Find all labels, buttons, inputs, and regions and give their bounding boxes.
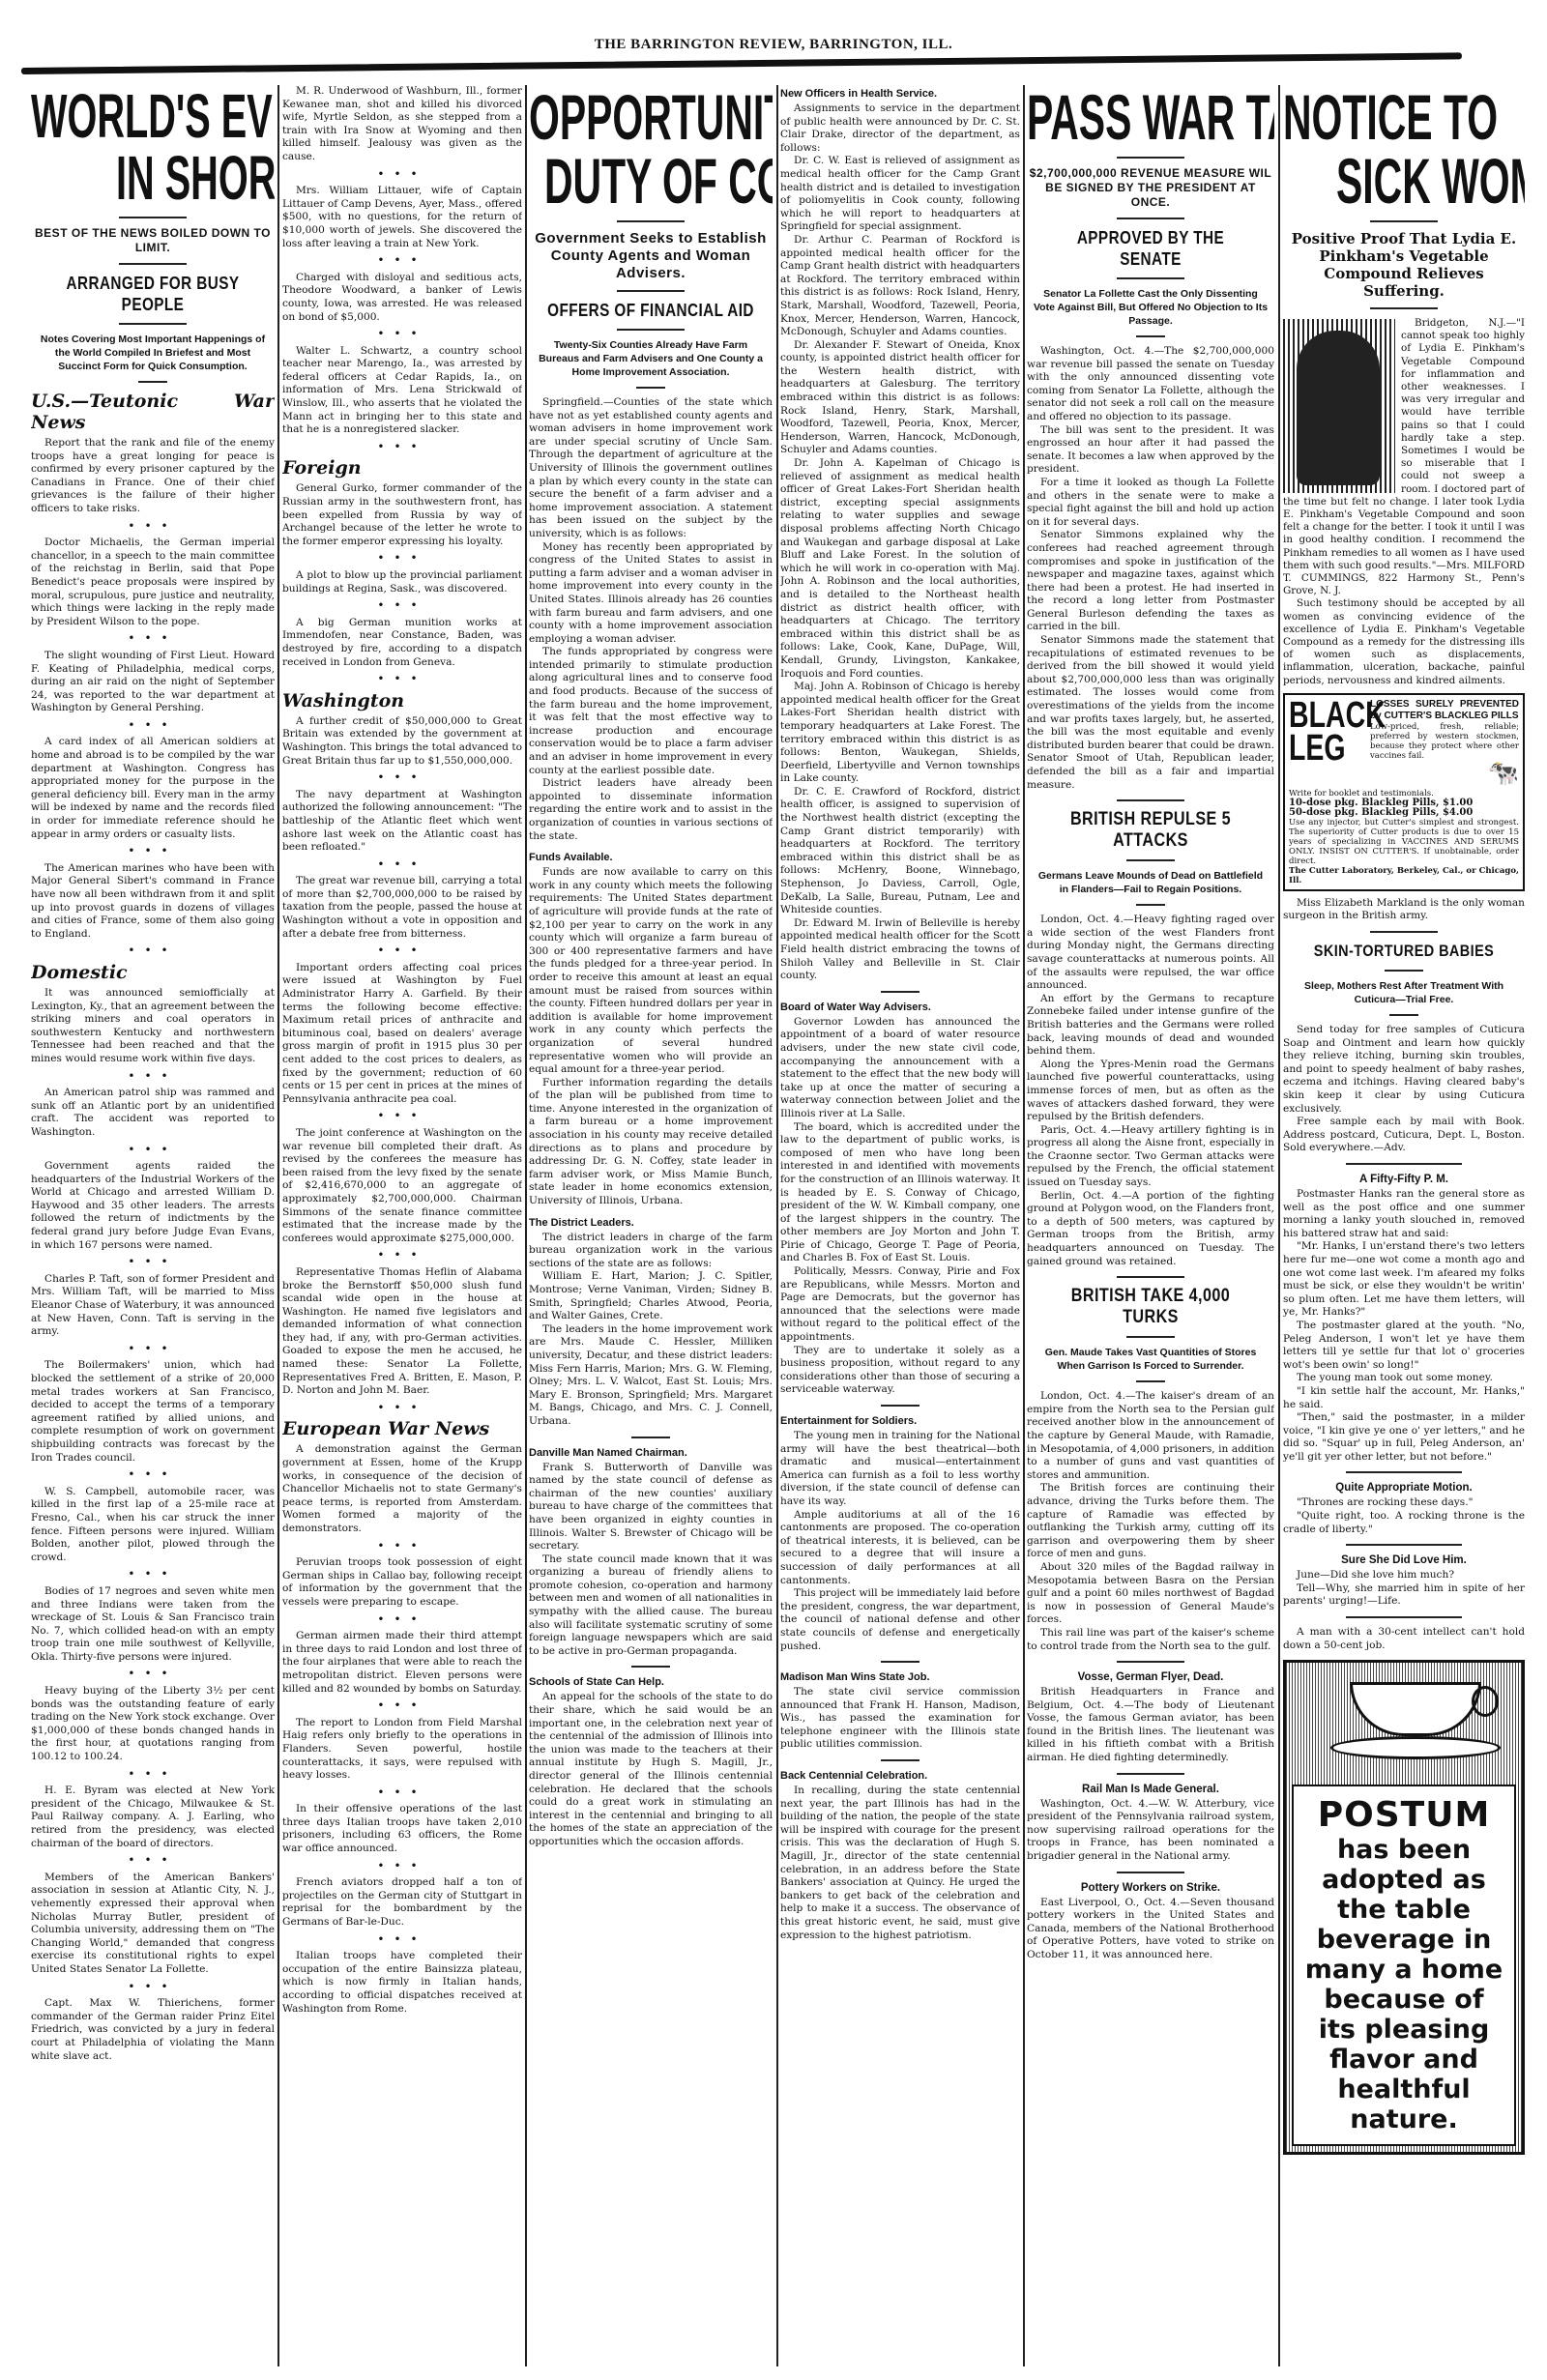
column-5: PASS WAR TAX BILL $2,700,000,000 REVENUE… xyxy=(1027,85,1274,2366)
column-divider xyxy=(525,85,527,2366)
cow-illustration-icon: 🐄 xyxy=(1488,761,1519,786)
subhead-district-leaders: The District Leaders. xyxy=(529,1216,773,1230)
headline-sick-women: SICK WOMEN xyxy=(1336,149,1525,213)
deck-gen-maude: Gen. Maude Takes Vast Quantities of Stor… xyxy=(1033,1346,1269,1373)
headline-worlds-events: WORLD'S EVENTS xyxy=(31,85,275,147)
subhead-vosse: Vosse, German Flyer, Dead. xyxy=(1027,1670,1274,1684)
subhead-entertainment: Entertainment for Soldiers. xyxy=(780,1414,1020,1428)
portrait-image xyxy=(1283,319,1395,493)
article-briefs: M. R. Underwood of Washburn, Ill., forme… xyxy=(282,85,522,453)
column-divider xyxy=(1023,85,1025,2366)
subhead-rail-man: Rail Man Is Made General. xyxy=(1027,1783,1274,1796)
deck-positive-proof: Positive Proof That Lydia E. Pinkham's V… xyxy=(1283,230,1525,300)
deck-best-of-news: BEST OF THE NEWS BOILED DOWN TO LIMIT. xyxy=(31,226,275,255)
deck-financial-aid: OFFERS OF FINANCIAL AID xyxy=(547,300,754,321)
headline-british-repulse: BRITISH REPULSE 5 ATTACKS xyxy=(1045,809,1256,852)
subhead-pottery: Pottery Workers on Strike. xyxy=(1027,1881,1274,1895)
blackleg-address: The Cutter Laboratory, Berkeley, Cal., o… xyxy=(1289,866,1519,885)
section-domestic: Domestic xyxy=(31,962,275,983)
subhead-schools: Schools of State Can Help. xyxy=(529,1675,773,1689)
deck-notes: Notes Covering Most Important Happenings… xyxy=(37,333,269,373)
headline-duty-counties: DUTY OF COUNTIES xyxy=(544,149,773,213)
headline-short-form: IN SHORT FORM xyxy=(116,147,275,209)
postum-ad: POSTUM has been adopted as the table bev… xyxy=(1283,1660,1525,2155)
subhead-sure-she: Sure She Did Love Him. xyxy=(1283,1553,1525,1567)
subhead-health-officers: New Officers in Health Service. xyxy=(780,87,1020,101)
article-teutonic: Report that the rank and file of the ene… xyxy=(31,437,275,958)
blackleg-title: BLACK LEG xyxy=(1289,699,1347,765)
article-washington: A further credit of $50,000,000 to Great… xyxy=(282,715,522,1415)
subhead-quite-appropriate: Quite Appropriate Motion. xyxy=(1283,1481,1525,1495)
deck-cuticura: Sleep, Mothers Rest After Treatment With… xyxy=(1289,979,1519,1006)
article-war-tax: Washington, Oct. 4.—The $2,700,000,000 w… xyxy=(1027,345,1274,792)
article-pinkham: Bridgeton, N.J.—"I cannot speak too high… xyxy=(1283,317,1525,687)
blackleg-headline: LOSSES SURELY PREVENTED by CUTTER'S BLAC… xyxy=(1370,699,1519,722)
article-domestic: It was announced semiofficially at Lexin… xyxy=(31,987,275,2063)
blackleg-ad: BLACK LEG LOSSES SURELY PREVENTED by CUT… xyxy=(1283,693,1525,891)
headline-war-tax-bill: PASS WAR TAX BILL xyxy=(1027,85,1274,149)
column-2: M. R. Underwood of Washburn, Ill., forme… xyxy=(282,85,522,2366)
masthead: THE BARRINGTON REVIEW, BARRINGTON, ILL. xyxy=(0,37,1547,53)
subhead-funds: Funds Available. xyxy=(529,851,773,864)
coffee-cup-icon xyxy=(1292,1669,1516,1785)
headline-opportunity: OPPORTUNITY AND xyxy=(529,85,773,149)
deck-germans-leave: Germans Leave Mounds of Dead on Battlefi… xyxy=(1033,869,1269,896)
section-european-war: European War News xyxy=(282,1418,522,1439)
section-us-teutonic: U.S.—Teutonic War News xyxy=(31,391,275,433)
subhead-fifty-fifty: A Fifty-Fifty P. M. xyxy=(1283,1173,1525,1186)
column-1: WORLD'S EVENTS IN SHORT FORM BEST OF THE… xyxy=(31,85,275,2366)
intellect-quip: A man with a 30-cent intellect can't hol… xyxy=(1283,1626,1525,1652)
article-counties: Springfield.—Counties of the state which… xyxy=(529,396,773,843)
headline-notice-to: NOTICE TO xyxy=(1283,85,1523,149)
article-british-repulse: London, Oct. 4.—Heavy fighting raged ove… xyxy=(1027,914,1274,1268)
column-4: New Officers in Health Service. Assignme… xyxy=(780,85,1020,2366)
subhead-madison: Madison Man Wins State Job. xyxy=(780,1670,1020,1684)
section-foreign: Foreign xyxy=(282,457,522,479)
postum-brand: POSTUM xyxy=(1301,1796,1506,1835)
section-washington: Washington xyxy=(282,690,522,711)
article-british-turks: London, Oct. 4.—The kaiser's dream of an… xyxy=(1027,1390,1274,1653)
article-foreign: General Gurko, former commander of the R… xyxy=(282,482,522,685)
deck-busy-people: ARRANGED FOR BUSY PEOPLE xyxy=(49,273,256,315)
deck-government-seeks: Government Seeks to Establish County Age… xyxy=(529,230,773,282)
column-divider xyxy=(277,85,279,2366)
subhead-centennial: Back Centennial Celebration. xyxy=(780,1769,1020,1783)
column-3: OPPORTUNITY AND DUTY OF COUNTIES Governm… xyxy=(529,85,773,2366)
deck-revenue-measure: $2,700,000,000 REVENUE MEASURE WIL BE SI… xyxy=(1027,166,1274,210)
headline-british-turks: BRITISH TAKE 4,000 TURKS xyxy=(1045,1286,1256,1328)
blackleg-price-50: 50-dose pkg. Blackleg Pills, $4.00 xyxy=(1289,808,1519,818)
deck-approved-senate: APPROVED BY THE SENATE xyxy=(1045,227,1256,270)
article-european: A demonstration against the German gover… xyxy=(282,1443,522,2016)
subhead-waterway: Board of Water Way Advisers. xyxy=(780,1001,1020,1014)
column-divider xyxy=(1278,85,1280,2366)
blackleg-body: Low-priced, fresh, reliable; preferred b… xyxy=(1370,722,1519,761)
headline-skin-tortured: SKIN-TORTURED BABIES xyxy=(1301,941,1507,962)
markland-note: Miss Elizabeth Markland is the only woma… xyxy=(1283,897,1525,923)
subhead-danville: Danville Man Named Chairman. xyxy=(529,1446,773,1460)
column-6: NOTICE TO SICK WOMEN Positive Proof That… xyxy=(1283,85,1525,2366)
deck-twenty-six: Twenty-Six Counties Already Have Farm Bu… xyxy=(535,338,767,379)
masthead-rule xyxy=(21,52,1462,74)
postum-slogan: has been adopted as the table beverage i… xyxy=(1301,1835,1506,2134)
deck-la-follette: Senator La Follette Cast the Only Dissen… xyxy=(1033,287,1269,328)
column-divider xyxy=(776,85,778,2366)
